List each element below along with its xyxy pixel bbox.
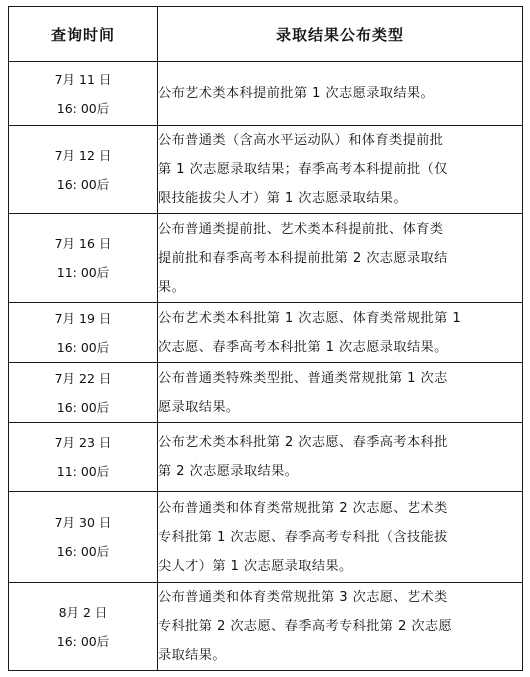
- result-type-text-line: 公布艺术类本科批第 1 次志愿、体育类常规批第 1: [158, 304, 522, 333]
- query-time-cell: 8月 2 日16: 00后: [9, 583, 158, 671]
- query-hour: 16: 00后: [9, 537, 157, 566]
- table-row: 8月 2 日16: 00后公布普通类和体育类常规批第 3 次志愿、艺术类专科批第…: [9, 583, 523, 671]
- query-time-cell: 7月 12 日16: 00后: [9, 126, 158, 214]
- query-date: 7月 30 日: [9, 508, 157, 537]
- query-time-cell: 7月 19 日16: 00后: [9, 303, 158, 363]
- result-type-text-line: 公布普通类（含高水平运动队）和体育类提前批: [158, 126, 522, 155]
- table-body: 7月 11 日16: 00后公布艺术类本科提前批第 1 次志愿录取结果。7月 1…: [9, 62, 523, 671]
- result-type-cell: 公布普通类和体育类常规批第 3 次志愿、艺术类专科批第 2 次志愿、春季高考专科…: [158, 583, 523, 671]
- header-query-time: 查询时间: [9, 7, 158, 62]
- query-hour: 16: 00后: [9, 170, 157, 199]
- query-time-cell: 7月 23 日11: 00后: [9, 423, 158, 492]
- query-time-cell: 7月 22 日16: 00后: [9, 363, 158, 423]
- result-type-text-line: 第 1 次志愿录取结果；春季高考本科提前批（仅: [158, 155, 522, 184]
- query-hour: 16: 00后: [9, 627, 157, 656]
- table-row: 7月 12 日16: 00后公布普通类（含高水平运动队）和体育类提前批第 1 次…: [9, 126, 523, 214]
- result-type-cell: 公布普通类提前批、艺术类本科提前批、体育类提前批和春季高考本科提前批第 2 次志…: [158, 214, 523, 303]
- result-type-text-line: 专科批第 1 次志愿、春季高考专科批（含技能拔: [158, 523, 522, 552]
- result-type-text-line: 公布艺术类本科提前批第 1 次志愿录取结果。: [158, 79, 522, 108]
- query-date: 7月 23 日: [9, 428, 157, 457]
- result-type-text-line: 专科批第 2 次志愿、春季高考专科批第 2 次志愿: [158, 612, 522, 641]
- result-type-text-line: 公布普通类提前批、艺术类本科提前批、体育类: [158, 215, 522, 244]
- result-type-text-line: 公布普通类和体育类常规批第 3 次志愿、艺术类: [158, 583, 522, 612]
- query-date: 7月 19 日: [9, 304, 157, 333]
- result-type-text-line: 第 2 次志愿录取结果。: [158, 457, 522, 486]
- query-hour: 16: 00后: [9, 94, 157, 123]
- query-hour: 16: 00后: [9, 333, 157, 362]
- query-date: 7月 16 日: [9, 229, 157, 258]
- table-row: 7月 22 日16: 00后公布普通类特殊类型批、普通类常规批第 1 次志愿录取…: [9, 363, 523, 423]
- result-type-text-line: 公布普通类和体育类常规批第 2 次志愿、艺术类: [158, 494, 522, 523]
- table-row: 7月 19 日16: 00后公布艺术类本科批第 1 次志愿、体育类常规批第 1次…: [9, 303, 523, 363]
- query-date: 7月 12 日: [9, 141, 157, 170]
- table-row: 7月 23 日11: 00后公布艺术类本科批第 2 次志愿、春季高考本科批第 2…: [9, 423, 523, 492]
- result-type-text-line: 果。: [158, 273, 522, 302]
- admission-schedule-table: 查询时间 录取结果公布类型 7月 11 日16: 00后公布艺术类本科提前批第 …: [8, 6, 523, 671]
- result-type-text-line: 限技能拔尖人才）第 1 次志愿录取结果。: [158, 184, 522, 213]
- result-type-cell: 公布艺术类本科提前批第 1 次志愿录取结果。: [158, 62, 523, 126]
- result-type-cell: 公布普通类（含高水平运动队）和体育类提前批第 1 次志愿录取结果；春季高考本科提…: [158, 126, 523, 214]
- table-row: 7月 30 日16: 00后公布普通类和体育类常规批第 2 次志愿、艺术类专科批…: [9, 492, 523, 583]
- table-row: 7月 11 日16: 00后公布艺术类本科提前批第 1 次志愿录取结果。: [9, 62, 523, 126]
- result-type-text-line: 次志愿、春季高考本科批第 1 次志愿录取结果。: [158, 333, 522, 362]
- query-hour: 11: 00后: [9, 457, 157, 486]
- result-type-text-line: 愿录取结果。: [158, 393, 522, 422]
- query-hour: 16: 00后: [9, 393, 157, 422]
- query-date: 7月 22 日: [9, 364, 157, 393]
- query-time-cell: 7月 16 日11: 00后: [9, 214, 158, 303]
- result-type-cell: 公布艺术类本科批第 2 次志愿、春季高考本科批第 2 次志愿录取结果。: [158, 423, 523, 492]
- header-result-type: 录取结果公布类型: [158, 7, 523, 62]
- table-row: 7月 16 日11: 00后公布普通类提前批、艺术类本科提前批、体育类提前批和春…: [9, 214, 523, 303]
- result-type-text-line: 尖人才）第 1 次志愿录取结果。: [158, 552, 522, 581]
- query-time-cell: 7月 30 日16: 00后: [9, 492, 158, 583]
- result-type-text-line: 公布普通类特殊类型批、普通类常规批第 1 次志: [158, 364, 522, 393]
- result-type-text-line: 录取结果。: [158, 641, 522, 670]
- query-date: 7月 11 日: [9, 65, 157, 94]
- header-row: 查询时间 录取结果公布类型: [9, 7, 523, 62]
- result-type-cell: 公布艺术类本科批第 1 次志愿、体育类常规批第 1次志愿、春季高考本科批第 1 …: [158, 303, 523, 363]
- query-hour: 11: 00后: [9, 258, 157, 287]
- result-type-text-line: 提前批和春季高考本科提前批第 2 次志愿录取结: [158, 244, 522, 273]
- result-type-cell: 公布普通类特殊类型批、普通类常规批第 1 次志愿录取结果。: [158, 363, 523, 423]
- result-type-text-line: 公布艺术类本科批第 2 次志愿、春季高考本科批: [158, 428, 522, 457]
- query-time-cell: 7月 11 日16: 00后: [9, 62, 158, 126]
- result-type-cell: 公布普通类和体育类常规批第 2 次志愿、艺术类专科批第 1 次志愿、春季高考专科…: [158, 492, 523, 583]
- query-date: 8月 2 日: [9, 598, 157, 627]
